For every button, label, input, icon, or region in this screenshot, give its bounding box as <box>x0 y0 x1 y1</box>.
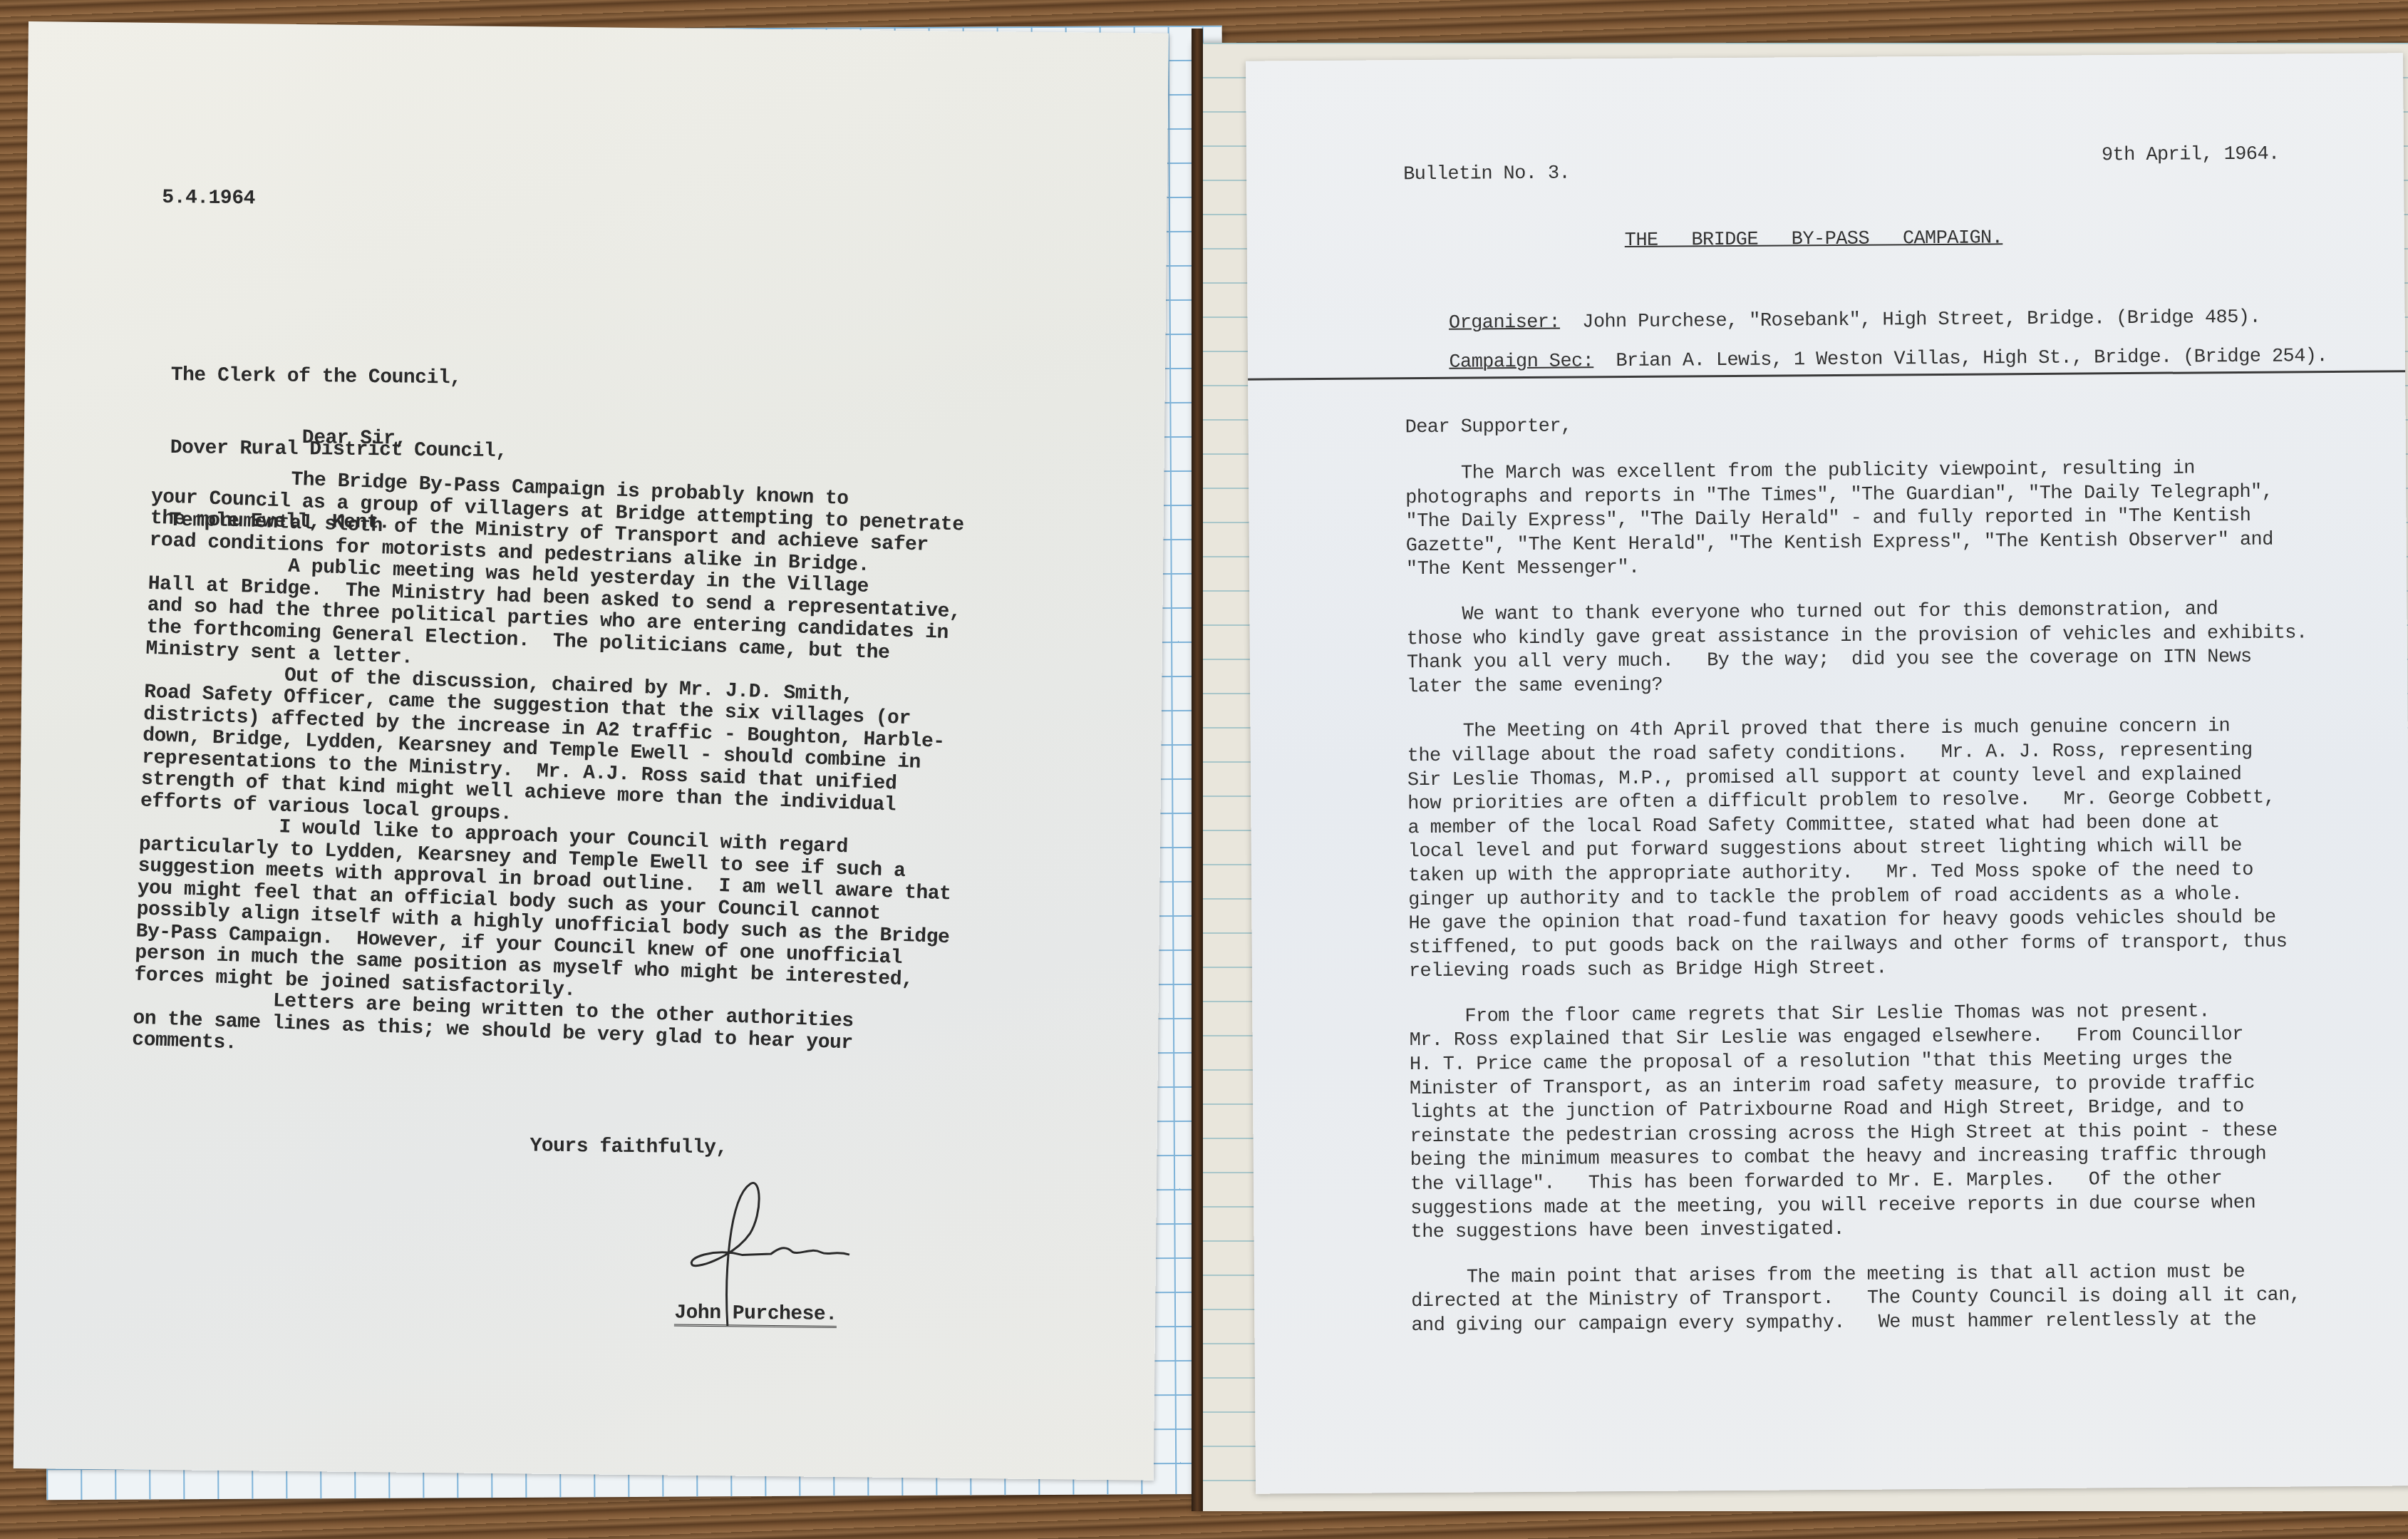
letter-body: The Bridge By-Pass Campaign is probably … <box>132 465 965 1080</box>
bulletin-paragraph: We want to thank everyone who turned out… <box>1406 597 2308 699</box>
bulletin-paragraph: The March was excellent from the publici… <box>1405 456 2307 582</box>
bulletin-paragraph: From the floor came regrets that Sir Les… <box>1409 999 2311 1245</box>
bulletin-salutation: Dear Supporter, <box>1405 416 1571 441</box>
letter-salutation: Dear Sir, <box>302 427 407 451</box>
letter-sheet: 5.4.1964 The Clerk of the Council, Dover… <box>14 21 1169 1481</box>
signatory-name: John Purchese. <box>674 1302 837 1328</box>
secretary-label: Campaign Sec: <box>1449 351 1593 373</box>
bulletin-sheet: Bulletin No. 3. 9th April, 1964. THE BRI… <box>1246 53 2408 1493</box>
bulletin-body: The March was excellent from the publici… <box>1405 456 2313 1359</box>
letter-date: 5.4.1964 <box>162 187 255 210</box>
bulletin-number: Bulletin No. 3. <box>1403 163 1570 187</box>
bulletin-paragraph: The Meeting on 4th April proved that the… <box>1407 715 2309 984</box>
letter-signatory: John Purchese. <box>628 1279 837 1349</box>
secretary-line: Campaign Sec: Brian A. Lewis, 1 Weston V… <box>1405 321 2328 399</box>
letter-closing: Yours faithfully, <box>529 1135 727 1160</box>
secretary-value: Brian A. Lewis, 1 Weston Villas, High St… <box>1593 346 2327 372</box>
bulletin-paragraph: The main point that arises from the meet… <box>1411 1260 2313 1339</box>
album-spine <box>1192 29 1203 1511</box>
address-line: The Clerk of the Council, <box>171 364 508 391</box>
bulletin-date: 9th April, 1964. <box>2102 143 2280 168</box>
bulletin-title: THE BRIDGE BY-PASS CAMPAIGN. <box>1625 227 2003 253</box>
